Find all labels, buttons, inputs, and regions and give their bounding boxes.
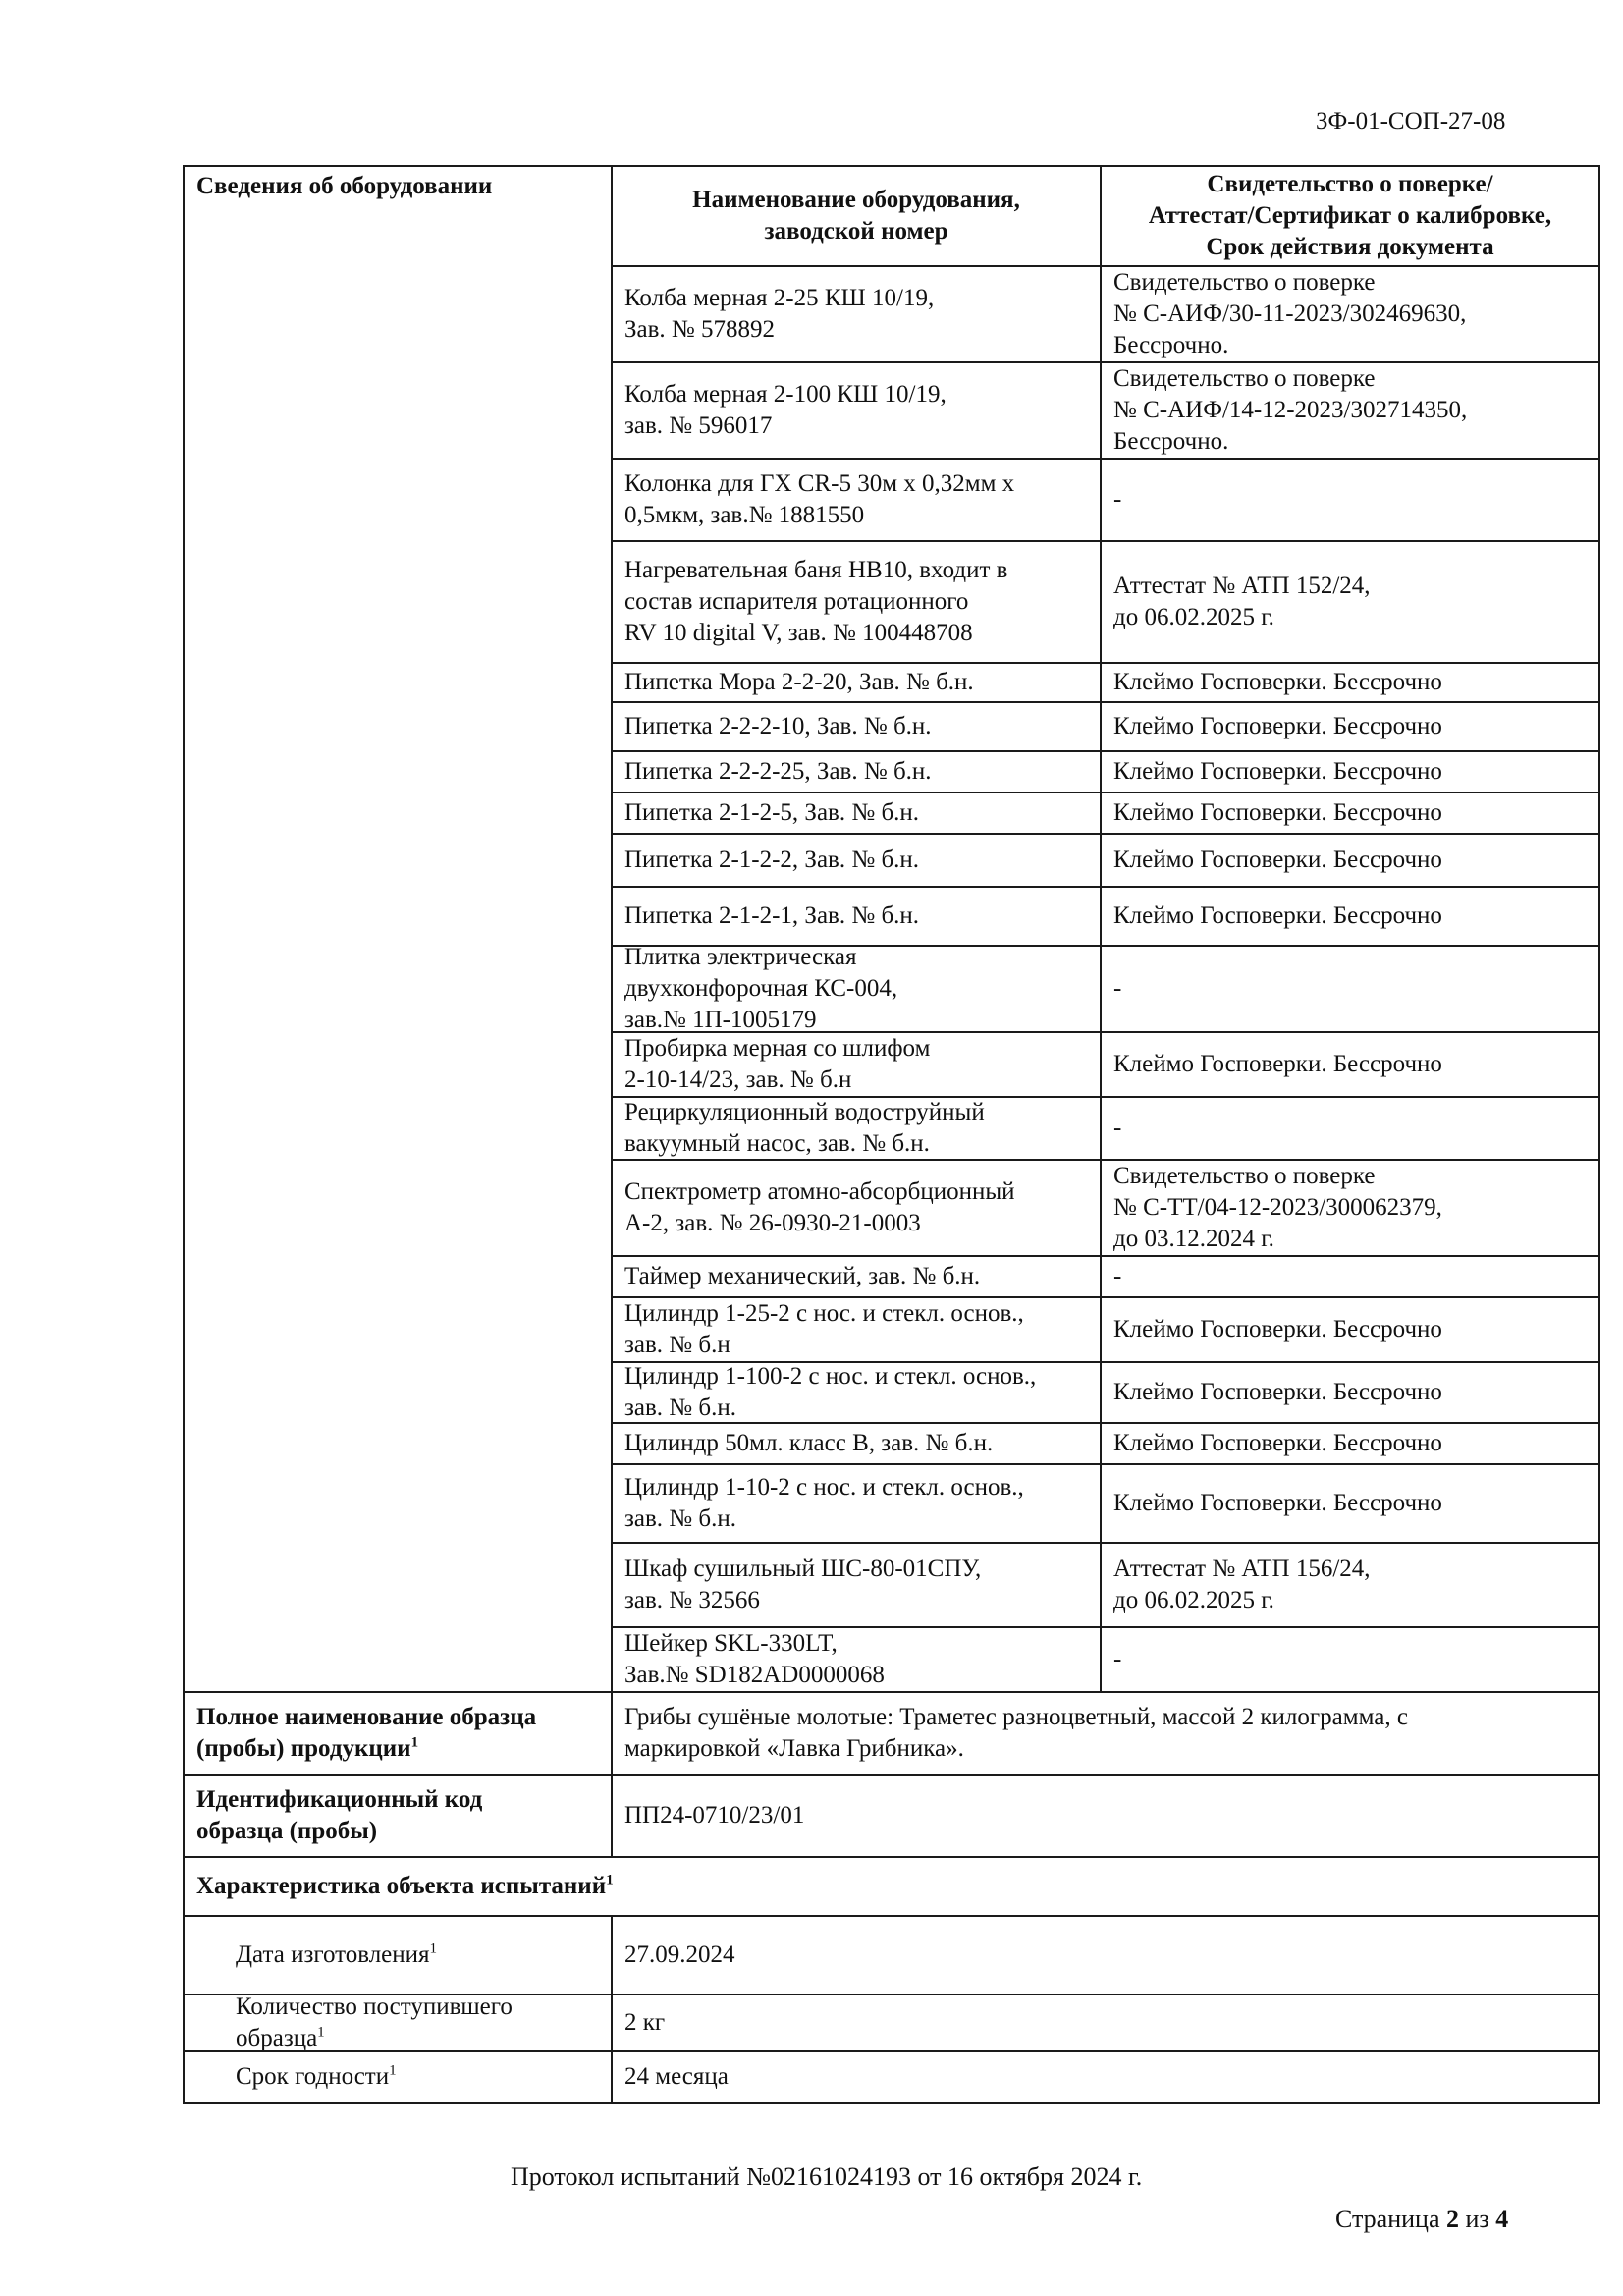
protocol-footer: Протокол испытаний №02161024193 от 16 ок… — [511, 2162, 1142, 2192]
sample-id-code-label: Идентификационный кодобразца (пробы) — [183, 1774, 613, 1858]
cell-line: Наименование оборудования, — [692, 185, 1020, 216]
cell-line: Аттестат/Сертификат о калибровке, — [1149, 200, 1551, 232]
cell-line: Клеймо Госповерки. Бессрочно — [1113, 845, 1587, 876]
equipment-name-cell: Шейкер SKL-330LT,Зав.№ SD182AD0000068 — [611, 1626, 1102, 1693]
equipment-name-cell: Пипетка Мора 2-2-20, Зав. № б.н. — [611, 662, 1102, 703]
cell-line: состав испарителя ротационного — [624, 586, 1088, 618]
equipment-certificate-cell: Клеймо Госповерки. Бессрочно — [1100, 886, 1600, 947]
sample-full-name-value: Грибы сушёные молотые: Траметес разноцве… — [611, 1691, 1600, 1776]
cell-line: Колба мерная 2-25 КШ 10/19, — [624, 283, 1088, 314]
cell-line: Клеймо Госповерки. Бессрочно — [1113, 1377, 1587, 1408]
cell-line: Характеристика объекта испытаний1 — [196, 1871, 1587, 1902]
cell-line: маркировкой «Лавка Грибника». — [624, 1733, 1587, 1765]
cell-line: RV 10 digital V, зав. № 100448708 — [624, 618, 1088, 649]
equipment-section-label: Сведения об оборудовании — [183, 165, 613, 1693]
footnote-marker: 1 — [317, 2025, 325, 2041]
equipment-name-cell: Пипетка 2-2-2-25, Зав. № б.н. — [611, 750, 1102, 793]
equipment-certificate-cell: - — [1100, 1255, 1600, 1298]
cell-line: - — [1113, 1113, 1587, 1144]
cell-line: Клеймо Госповерки. Бессрочно — [1113, 756, 1587, 788]
cell-line: Аттестат № АТП 152/24, — [1113, 571, 1587, 602]
column-header-certificate: Свидетельство о поверке/Аттестат/Сертифи… — [1100, 165, 1600, 267]
cell-line: - — [1113, 1644, 1587, 1675]
cell-line: - — [1113, 484, 1587, 516]
cell-line: Пипетка 2-2-2-10, Зав. № б.н. — [624, 711, 1088, 742]
equipment-certificate-cell: - — [1100, 458, 1600, 542]
equipment-name-cell: Колонка для ГХ CR-5 30м х 0,32мм х0,5мкм… — [611, 458, 1102, 542]
equipment-name-cell: Пипетка 2-1-2-2, Зав. № б.н. — [611, 833, 1102, 888]
cell-line: Таймер механический, зав. № б.н. — [624, 1261, 1088, 1292]
cell-line: Цилиндр 50мл. класс В, зав. № б.н. — [624, 1428, 1088, 1459]
cell-line: Клеймо Госповерки. Бессрочно — [1113, 1314, 1587, 1345]
cell-line: Свидетельство о поверке — [1113, 363, 1587, 395]
equipment-name-cell: Пробирка мерная со шлифом2-10-14/23, зав… — [611, 1031, 1102, 1098]
characteristic-value: 24 месяца — [611, 2050, 1600, 2104]
cell-line: - — [1113, 1261, 1587, 1292]
cell-line: № С-АИФ/14-12-2023/302714350, — [1113, 395, 1587, 426]
protocol-table: Сведения об оборудованииНаименование обо… — [0, 0, 1623, 2296]
equipment-name-cell: Пипетка 2-2-2-10, Зав. № б.н. — [611, 701, 1102, 752]
cell-line: А-2, зав. № 26-0930-21-0003 — [624, 1208, 1088, 1239]
page-total: 4 — [1495, 2205, 1508, 2233]
footnote-marker: 1 — [606, 1873, 614, 1888]
equipment-certificate-cell: Клеймо Госповерки. Бессрочно — [1100, 1031, 1600, 1098]
cell-line: зав. № б.н. — [624, 1393, 1088, 1424]
equipment-certificate-cell: Клеймо Госповерки. Бессрочно — [1100, 833, 1600, 888]
equipment-name-cell: Спектрометр атомно-абсорбционныйА-2, зав… — [611, 1159, 1102, 1257]
cell-line: Клеймо Госповерки. Бессрочно — [1113, 667, 1587, 698]
footnote-marker: 1 — [389, 2063, 397, 2079]
cell-line: Грибы сушёные молотые: Траметес разноцве… — [624, 1702, 1587, 1733]
cell-line: № С-ТТ/04-12-2023/300062379, — [1113, 1192, 1587, 1224]
footnote-marker: 1 — [430, 1941, 438, 1957]
equipment-name-cell: Нагревательная баня HB10, входит всостав… — [611, 540, 1102, 664]
cell-line: Рециркуляционный водоструйный — [624, 1097, 1088, 1128]
page-current: 2 — [1446, 2205, 1459, 2233]
equipment-certificate-cell: Свидетельство о поверке№ С-АИФ/14-12-202… — [1100, 361, 1600, 460]
equipment-certificate-cell: Клеймо Госповерки. Бессрочно — [1100, 1296, 1600, 1363]
cell-line: зав. № 596017 — [624, 410, 1088, 442]
equipment-name-cell: Колба мерная 2-100 КШ 10/19,зав. № 59601… — [611, 361, 1102, 460]
cell-line: Идентификационный код — [196, 1784, 599, 1816]
equipment-certificate-cell: Клеймо Госповерки. Бессрочно — [1100, 750, 1600, 793]
equipment-certificate-cell: Аттестат № АТП 152/24,до 06.02.2025 г. — [1100, 540, 1600, 664]
cell-line: 27.09.2024 — [624, 1940, 1587, 1971]
equipment-certificate-cell: Клеймо Госповерки. Бессрочно — [1100, 1463, 1600, 1544]
cell-line: - — [1113, 973, 1587, 1005]
equipment-name-cell: Цилиндр 1-25-2 с нос. и стекл. основ.,за… — [611, 1296, 1102, 1363]
cell-line: Клеймо Госповерки. Бессрочно — [1113, 1488, 1587, 1519]
cell-line: образца (пробы) — [196, 1816, 599, 1847]
cell-line: Спектрометр атомно-абсорбционный — [624, 1176, 1088, 1208]
equipment-certificate-cell: - — [1100, 1096, 1600, 1161]
equipment-name-cell: Шкаф сушильный ШС-80-01СПУ,зав. № 32566 — [611, 1542, 1102, 1628]
cell-line: Свидетельство о поверке — [1113, 1161, 1587, 1192]
characteristics-label: Характеристика объекта испытаний1 — [183, 1856, 1600, 1917]
cell-line: 24 месяца — [624, 2061, 1587, 2093]
cell-line: Клеймо Госповерки. Бессрочно — [1113, 797, 1587, 829]
cell-line: Пипетка 2-1-2-5, Зав. № б.н. — [624, 797, 1088, 829]
characteristic-value: 27.09.2024 — [611, 1915, 1600, 1995]
equipment-certificate-cell: Свидетельство о поверке№ С-ТТ/04-12-2023… — [1100, 1159, 1600, 1257]
cell-line: зав. № б.н — [624, 1330, 1088, 1361]
equipment-name-cell: Таймер механический, зав. № б.н. — [611, 1255, 1102, 1298]
characteristic-label: Срок годности1 — [183, 2050, 613, 2104]
equipment-certificate-cell: Свидетельство о поверке№ С-АИФ/30-11-202… — [1100, 265, 1600, 363]
cell-line: Зав. № 578892 — [624, 314, 1088, 346]
cell-line: 2 кг — [624, 2007, 1587, 2039]
cell-line: Шейкер SKL-330LT, — [624, 1628, 1088, 1660]
cell-line: Срок годности1 — [236, 2061, 599, 2093]
cell-line: Сведения об оборудовании — [196, 171, 599, 202]
page-prefix: Страница — [1335, 2205, 1440, 2233]
equipment-name-cell: Цилиндр 50мл. класс В, зав. № б.н. — [611, 1422, 1102, 1465]
equipment-certificate-cell: Аттестат № АТП 156/24,до 06.02.2025 г. — [1100, 1542, 1600, 1628]
page-sep: из — [1466, 2205, 1489, 2233]
cell-line: до 06.02.2025 г. — [1113, 1585, 1587, 1616]
equipment-certificate-cell: Клеймо Госповерки. Бессрочно — [1100, 1361, 1600, 1424]
equipment-name-cell: Пипетка 2-1-2-5, Зав. № б.н. — [611, 792, 1102, 835]
equipment-name-cell: Плитка электрическаядвухконфорочная КС-0… — [611, 945, 1102, 1033]
cell-line: Зав.№ SD182AD0000068 — [624, 1660, 1088, 1691]
page-number: Страница 2 из 4 — [1335, 2205, 1508, 2234]
cell-line: Цилиндр 1-25-2 с нос. и стекл. основ., — [624, 1298, 1088, 1330]
equipment-certificate-cell: Клеймо Госповерки. Бессрочно — [1100, 662, 1600, 703]
equipment-name-cell: Колба мерная 2-25 КШ 10/19,Зав. № 578892 — [611, 265, 1102, 363]
cell-line: Клеймо Госповерки. Бессрочно — [1113, 1049, 1587, 1080]
equipment-name-cell: Цилиндр 1-100-2 с нос. и стекл. основ.,з… — [611, 1361, 1102, 1424]
cell-line: № С-АИФ/30-11-2023/302469630, — [1113, 299, 1587, 330]
cell-line: Аттестат № АТП 156/24, — [1113, 1554, 1587, 1585]
characteristic-value: 2 кг — [611, 1994, 1600, 2052]
cell-line: Цилиндр 1-10-2 с нос. и стекл. основ., — [624, 1472, 1088, 1503]
cell-line: Пипетка 2-2-2-25, Зав. № б.н. — [624, 756, 1088, 788]
cell-line: 0,5мкм, зав.№ 1881550 — [624, 500, 1088, 531]
cell-line: 2-10-14/23, зав. № б.н — [624, 1065, 1088, 1096]
cell-line: Колонка для ГХ CR-5 30м х 0,32мм х — [624, 468, 1088, 500]
sample-full-name-label: Полное наименование образца(пробы) проду… — [183, 1691, 613, 1776]
cell-line: Бессрочно. — [1113, 426, 1587, 458]
cell-line: Пипетка Мора 2-2-20, Зав. № б.н. — [624, 667, 1088, 698]
cell-line: Свидетельство о поверке/ — [1207, 169, 1492, 200]
cell-line: ПП24-0710/23/01 — [624, 1800, 1587, 1831]
cell-line: зав. № б.н. — [624, 1503, 1088, 1535]
cell-line: Шкаф сушильный ШС-80-01СПУ, — [624, 1554, 1088, 1585]
column-header-name: Наименование оборудования,заводской номе… — [611, 165, 1102, 267]
equipment-name-cell: Цилиндр 1-10-2 с нос. и стекл. основ.,за… — [611, 1463, 1102, 1544]
cell-line: Полное наименование образца — [196, 1702, 599, 1733]
cell-line: Клеймо Госповерки. Бессрочно — [1113, 901, 1587, 932]
cell-line: Дата изготовления1 — [236, 1940, 599, 1971]
equipment-certificate-cell: - — [1100, 945, 1600, 1033]
cell-line: до 06.02.2025 г. — [1113, 602, 1587, 633]
equipment-certificate-cell: - — [1100, 1626, 1600, 1693]
cell-line: Пробирка мерная со шлифом — [624, 1033, 1088, 1065]
cell-line: Плитка электрическая — [624, 942, 1088, 973]
cell-line: Свидетельство о поверке — [1113, 267, 1587, 299]
equipment-name-cell: Пипетка 2-1-2-1, Зав. № б.н. — [611, 886, 1102, 947]
cell-line: Клеймо Госповерки. Бессрочно — [1113, 1428, 1587, 1459]
characteristic-label: Дата изготовления1 — [183, 1915, 613, 1995]
cell-line: двухконфорочная КС-004, — [624, 973, 1088, 1005]
cell-line: Колба мерная 2-100 КШ 10/19, — [624, 379, 1088, 410]
cell-line: Пипетка 2-1-2-2, Зав. № б.н. — [624, 845, 1088, 876]
equipment-name-cell: Рециркуляционный водоструйныйвакуумный н… — [611, 1096, 1102, 1161]
cell-line: Количество поступившего — [236, 1992, 599, 2023]
cell-line: Цилиндр 1-100-2 с нос. и стекл. основ., — [624, 1361, 1088, 1393]
cell-line: Клеймо Госповерки. Бессрочно — [1113, 711, 1587, 742]
equipment-certificate-cell: Клеймо Госповерки. Бессрочно — [1100, 1422, 1600, 1465]
equipment-certificate-cell: Клеймо Госповерки. Бессрочно — [1100, 792, 1600, 835]
footnote-marker: 1 — [411, 1735, 419, 1751]
equipment-certificate-cell: Клеймо Госповерки. Бессрочно — [1100, 701, 1600, 752]
cell-line: Нагревательная баня HB10, входит в — [624, 555, 1088, 586]
cell-line: Срок действия документа — [1206, 232, 1493, 263]
characteristic-label: Количество поступившегообразца1 — [183, 1994, 613, 2052]
cell-line: до 03.12.2024 г. — [1113, 1224, 1587, 1255]
cell-line: вакуумный насос, зав. № б.н. — [624, 1128, 1088, 1160]
cell-line: Бессрочно. — [1113, 330, 1587, 361]
cell-line: заводской номер — [764, 216, 947, 247]
sample-id-code-value: ПП24-0710/23/01 — [611, 1774, 1600, 1858]
cell-line: (пробы) продукции1 — [196, 1733, 599, 1765]
cell-line: зав. № 32566 — [624, 1585, 1088, 1616]
cell-line: Пипетка 2-1-2-1, Зав. № б.н. — [624, 901, 1088, 932]
